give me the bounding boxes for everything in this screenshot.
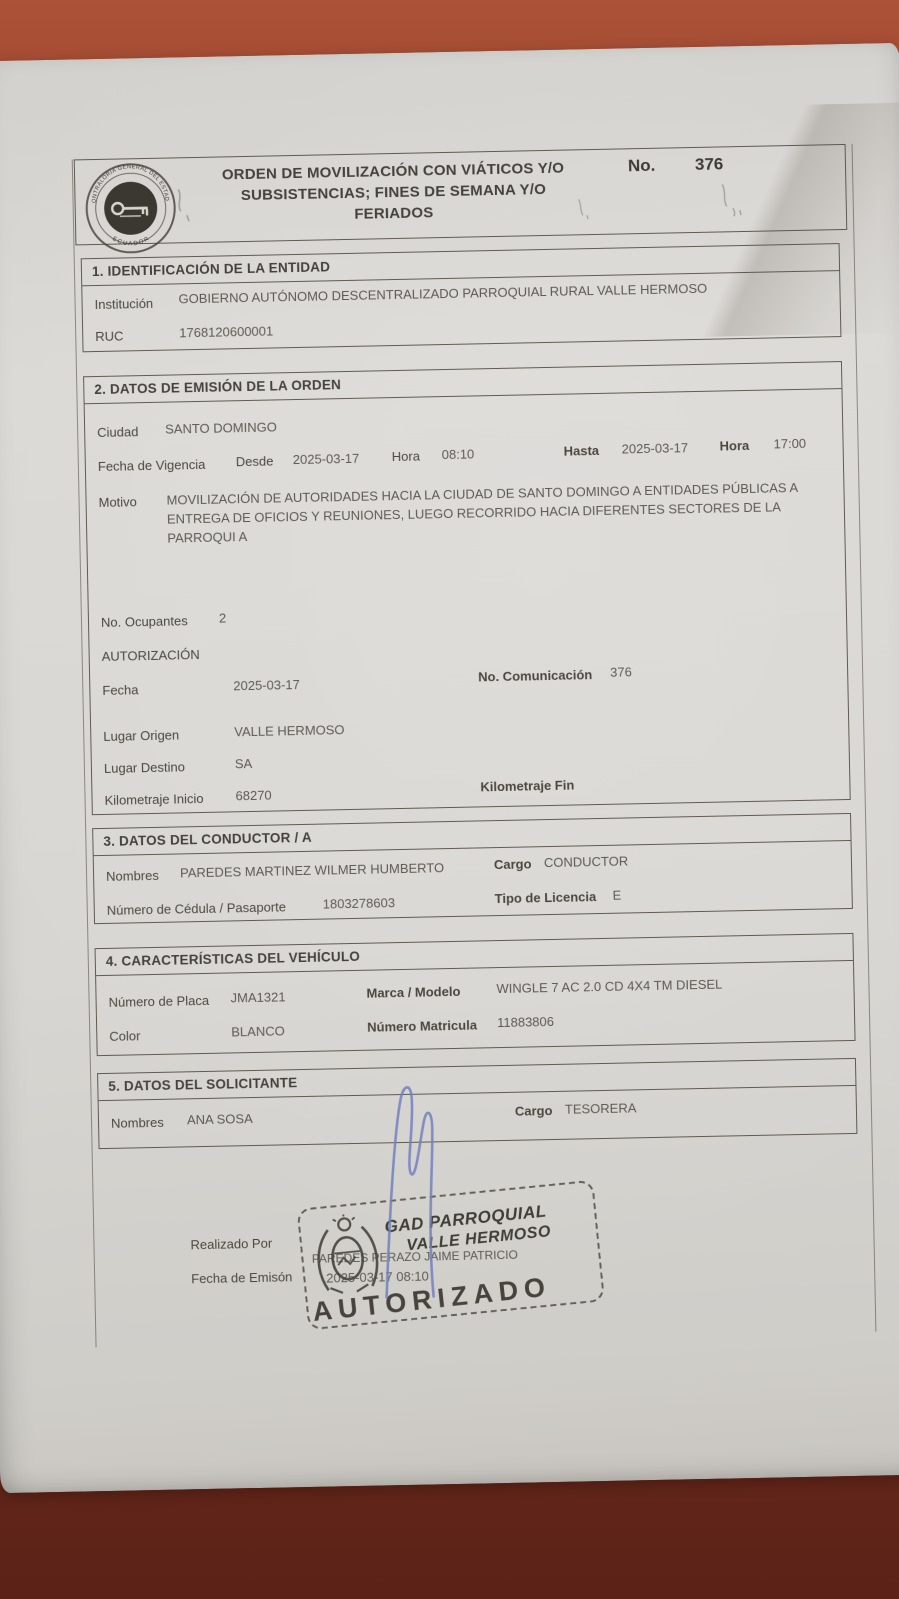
marca-value: WINGLE 7 AC 2.0 CD 4X4 TM DIESEL: [496, 977, 722, 997]
ruc-value: 1768120600001: [179, 323, 273, 340]
hora-desde-value: 08:10: [442, 446, 475, 462]
movilization-order-document: CONTRALORÍA GENERAL DEL ESTADO ECUADOR O…: [0, 43, 899, 1493]
conductor-cargo-label: Cargo: [494, 856, 532, 872]
hora-hasta-label: Hora: [719, 438, 749, 454]
section-3-box: 3. DATOS DEL CONDUCTOR / A Nombres PARED…: [92, 813, 853, 924]
licencia-label: Tipo de Licencia: [494, 889, 596, 906]
conductor-nombres-label: Nombres: [106, 868, 159, 884]
solicitante-cargo-value: TESORERA: [565, 1100, 637, 1116]
pen-scribble: [170, 185, 197, 226]
realizado-por-label: Realizado Por: [190, 1236, 272, 1253]
placa-label: Número de Placa: [108, 993, 209, 1010]
cedula-value: 1803278603: [323, 895, 396, 911]
destino-label: Lugar Destino: [104, 759, 185, 776]
ocupantes-label: No. Ocupantes: [101, 613, 188, 630]
matricula-label: Número Matricula: [367, 1018, 477, 1035]
fecha-value: 2025-03-17: [233, 677, 300, 693]
ocupantes-value: 2: [219, 610, 227, 625]
km-inicio-label: Kilometraje Inicio: [104, 791, 203, 808]
svg-text:ECUADOR: ECUADOR: [111, 235, 151, 247]
pen-scribble: [712, 178, 747, 223]
hasta-label: Hasta: [564, 443, 600, 459]
ruc-label: RUC: [95, 328, 123, 344]
marca-label: Marca / Modelo: [366, 984, 460, 1001]
ciudad-label: Ciudad: [97, 424, 138, 440]
paper-sheet: CONTRALORÍA GENERAL DEL ESTADO ECUADOR O…: [0, 43, 899, 1493]
comunicacion-label: No. Comunicación: [478, 667, 592, 684]
km-inicio-value: 68270: [235, 788, 271, 804]
document-title: ORDEN DE MOVILIZACIÓN CON VIÁTICOS Y/O S…: [163, 156, 624, 228]
cedula-label: Número de Cédula / Pasaporte: [107, 899, 286, 918]
order-number-label: No.: [628, 156, 656, 177]
handwritten-signature: [374, 1074, 471, 1304]
fecha-emision-label: Fecha de Emisón: [191, 1269, 292, 1286]
origen-label: Lugar Origen: [103, 727, 179, 744]
autorizacion-heading: AUTORIZACIÓN: [102, 647, 200, 664]
color-value: BLANCO: [231, 1023, 285, 1039]
institucion-label: Institución: [94, 296, 153, 312]
origen-value: VALLE HERMOSO: [234, 722, 345, 739]
solicitante-cargo-label: Cargo: [515, 1103, 553, 1119]
pen-scribble: [572, 193, 595, 223]
desde-label: Desde: [236, 453, 274, 469]
conductor-cargo-value: CONDUCTOR: [544, 853, 629, 870]
ciudad-value: SANTO DOMINGO: [165, 419, 277, 436]
hora-hasta-value: 17:00: [773, 436, 806, 452]
color-label: Color: [109, 1028, 140, 1044]
matricula-value: 11883806: [497, 1014, 554, 1030]
motivo-value: MOVILIZACIÓN DE AUTORIDADES HACIA LA CIU…: [166, 477, 825, 547]
gad-crest-icon: [309, 1211, 383, 1299]
section-5-box: 5. DATOS DEL SOLICITANTE Nombres ANA SOS…: [97, 1058, 857, 1149]
vigencia-label: Fecha de Vigencia: [98, 457, 206, 474]
solicitante-nombres-label: Nombres: [111, 1115, 164, 1131]
hasta-value: 2025-03-17: [621, 440, 688, 456]
section-4-box: 4. CARACTERÍSTICAS DEL VEHÍCULO Número d…: [95, 933, 856, 1056]
institucion-value: GOBIERNO AUTÓNOMO DESCENTRALIZADO PARROQ…: [178, 281, 707, 307]
placa-value: JMA1321: [230, 989, 285, 1005]
solicitante-nombres-value: ANA SOSA: [187, 1111, 253, 1127]
desde-value: 2025-03-17: [293, 451, 360, 467]
order-number-value: 376: [695, 154, 724, 175]
hora-desde-label: Hora: [392, 449, 420, 465]
section-2-box: 2. DATOS DE EMISIÓN DE LA ORDEN Ciudad S…: [83, 361, 851, 815]
section-1-box: 1. IDENTIFICACIÓN DE LA ENTIDAD Instituc…: [81, 243, 842, 352]
comunicacion-value: 376: [610, 664, 632, 679]
licencia-value: E: [612, 888, 621, 903]
conductor-nombres-value: PAREDES MARTINEZ WILMER HUMBERTO: [180, 860, 444, 880]
destino-value: SA: [235, 756, 253, 771]
km-fin-label: Kilometraje Fin: [480, 778, 574, 795]
motivo-label: Motivo: [98, 494, 137, 510]
logo-country-text: ECUADOR: [111, 235, 151, 247]
fecha-label: Fecha: [102, 682, 138, 698]
